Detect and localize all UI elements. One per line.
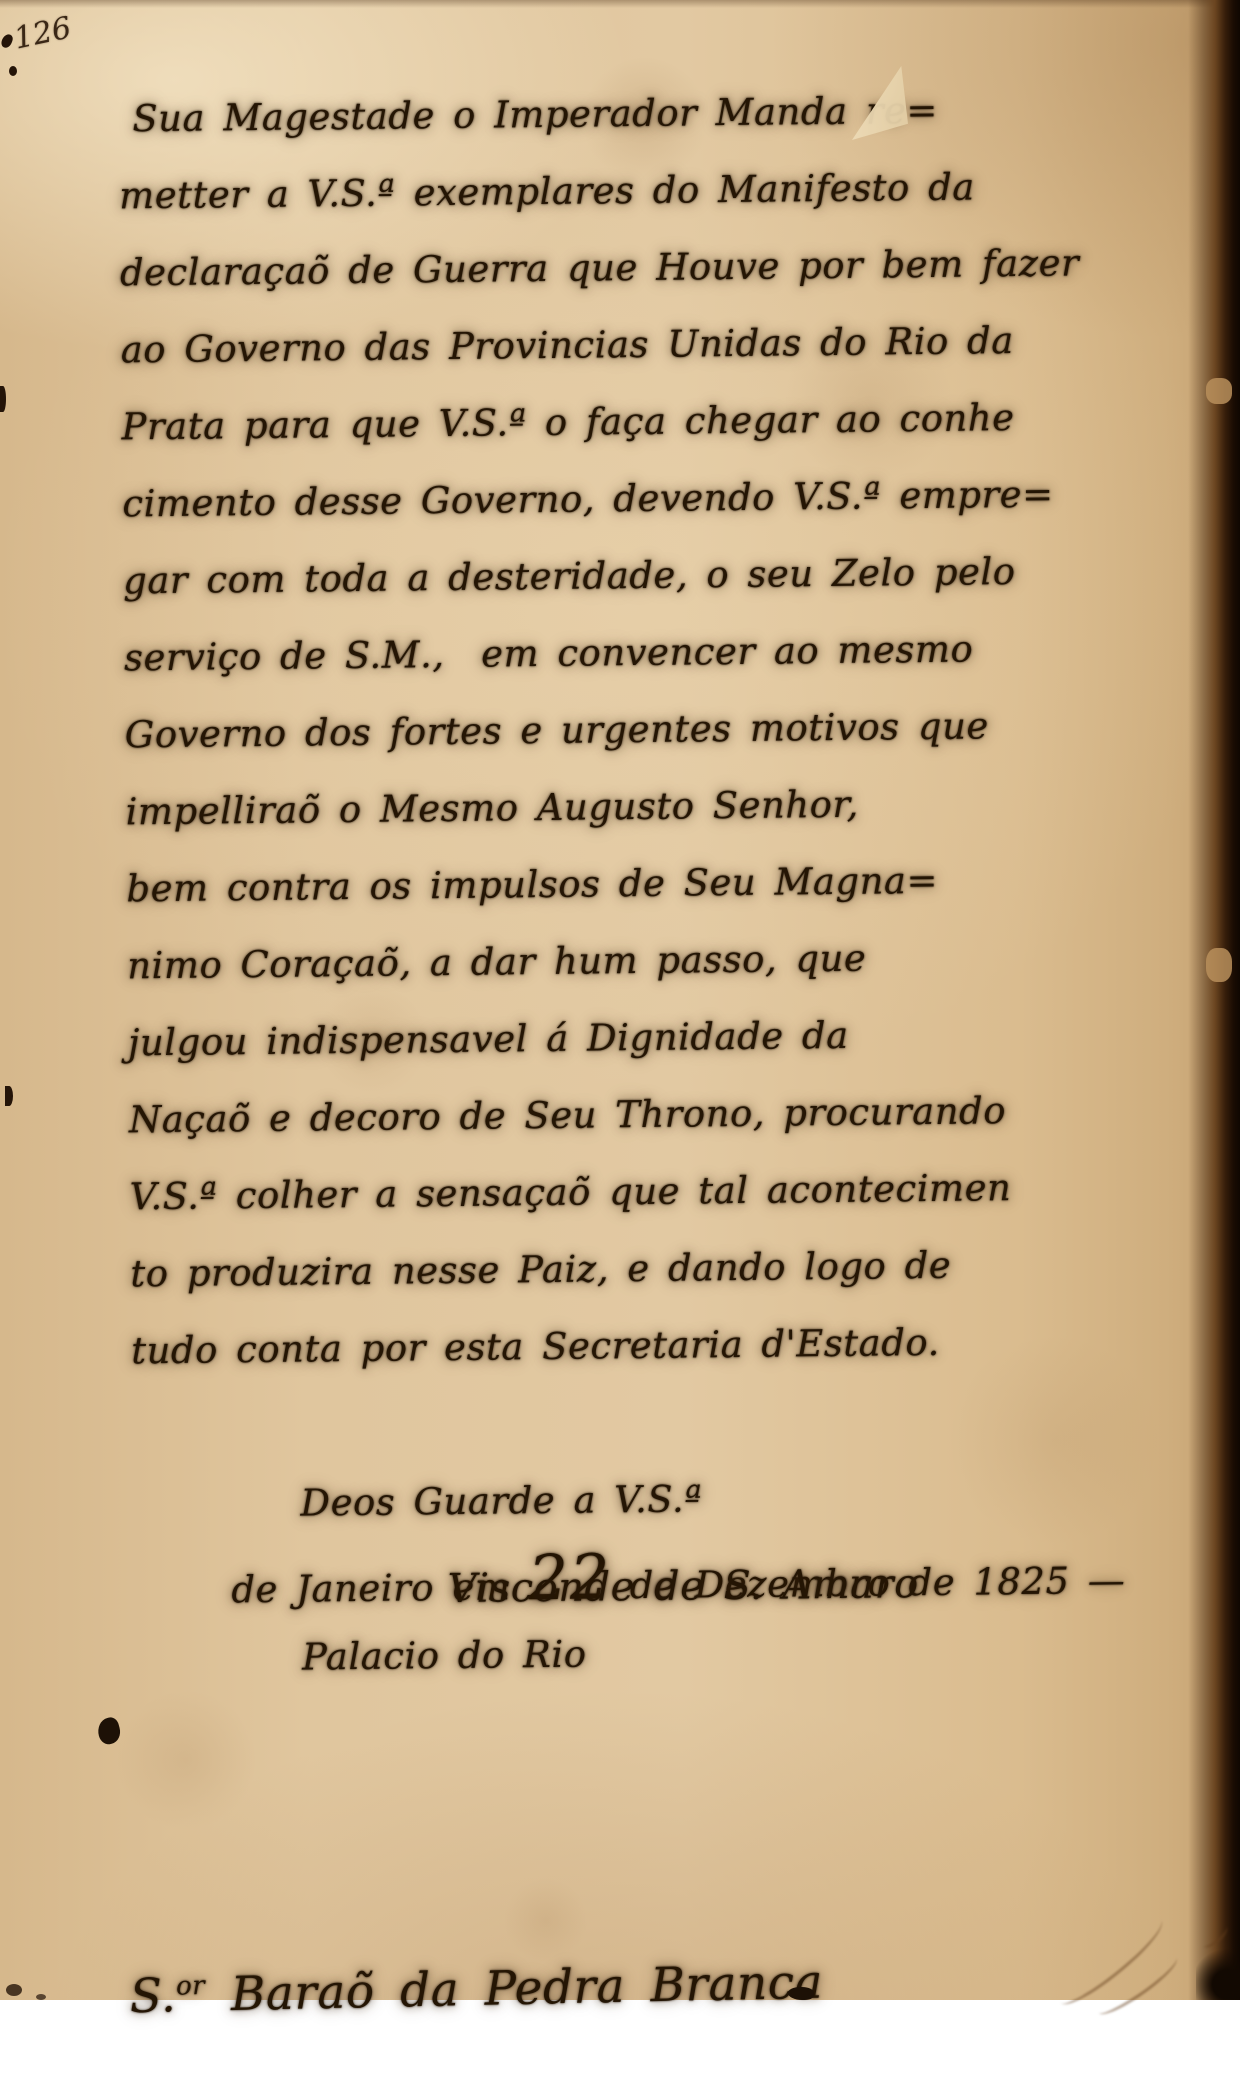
manuscript-line: tudo conta por esta Secretaria d'Estado. bbox=[131, 1304, 972, 1390]
corner-ink-blot bbox=[1196, 1948, 1240, 2000]
manuscript-line: Naçaõ e decoro de Seu Throno, procurando bbox=[128, 1073, 969, 1159]
ink-blot bbox=[788, 1987, 814, 2000]
manuscript-line: bem contra os impulsos de Seu Magna= bbox=[126, 842, 967, 928]
manuscript-line: Governo dos fortes e urgentes motivos qu… bbox=[124, 688, 965, 774]
manuscript-line: nimo Coraçaõ, a dar hum passo, que bbox=[127, 919, 968, 1005]
manuscript-line: julgou indispensavel á Dignidade da bbox=[128, 996, 969, 1082]
page-top-edge-shadow bbox=[0, 0, 1240, 8]
binding-notch bbox=[1206, 948, 1232, 982]
binding-notch bbox=[1206, 378, 1232, 404]
manuscript-line: cimento desse Governo, devendo V.S.ª emp… bbox=[122, 457, 963, 543]
manuscript-line: Sua Magestade o Imperador Manda re= bbox=[118, 72, 959, 158]
manuscript-line: to produzira nesse Paiz, e dando logo de bbox=[130, 1227, 971, 1313]
manuscript-line: impelliraõ o Mesmo Augusto Senhor, bbox=[125, 765, 966, 851]
place-text: Palacio do Rio bbox=[302, 1633, 587, 1679]
manuscript-page: 126 Sua Magestade o Imperador Manda re= … bbox=[0, 0, 1240, 2000]
ink-speck bbox=[5, 1086, 13, 1106]
manuscript-line: gar com toda a desteridade, o seu Zelo p… bbox=[123, 534, 964, 620]
ink-speck bbox=[36, 1994, 46, 2000]
manuscript-line: serviço de S.M., em convencer ao mesmo bbox=[124, 611, 965, 697]
valediction-line: Deos Guarde a V.S.ª Palacio do Rio bbox=[132, 1381, 973, 1467]
manuscript-line: Prata para que V.S.ª o faça chegar ao co… bbox=[121, 380, 962, 466]
manuscript-line: metter a V.S.ª exemplares do Manifesto d… bbox=[119, 149, 960, 235]
valediction-text: Deos Guarde a V.S.ª bbox=[300, 1477, 702, 1524]
manuscript-line: ao Governo das Provincias Unidas do Rio … bbox=[120, 303, 961, 389]
manuscript-line: declaraçaõ de Guerra que Houve por bem f… bbox=[120, 226, 961, 312]
letter-body: Sua Magestade o Imperador Manda re= mett… bbox=[118, 72, 974, 1628]
ink-speck bbox=[9, 66, 17, 76]
addressee-title-superscript: or bbox=[176, 1971, 206, 2000]
addressee-name: Baraõ da Pedra Branca bbox=[205, 1955, 824, 2000]
manuscript-line: V.S.ª colher a sensaçaõ que tal aconteci… bbox=[129, 1150, 970, 1236]
ink-speck bbox=[0, 386, 6, 412]
book-binding-edge bbox=[1188, 0, 1240, 2000]
ink-speck bbox=[6, 1984, 22, 1996]
addressee-title: S. bbox=[129, 1968, 177, 2000]
addressee-line: S.or Baraõ da Pedra Branca bbox=[26, 1900, 824, 2000]
